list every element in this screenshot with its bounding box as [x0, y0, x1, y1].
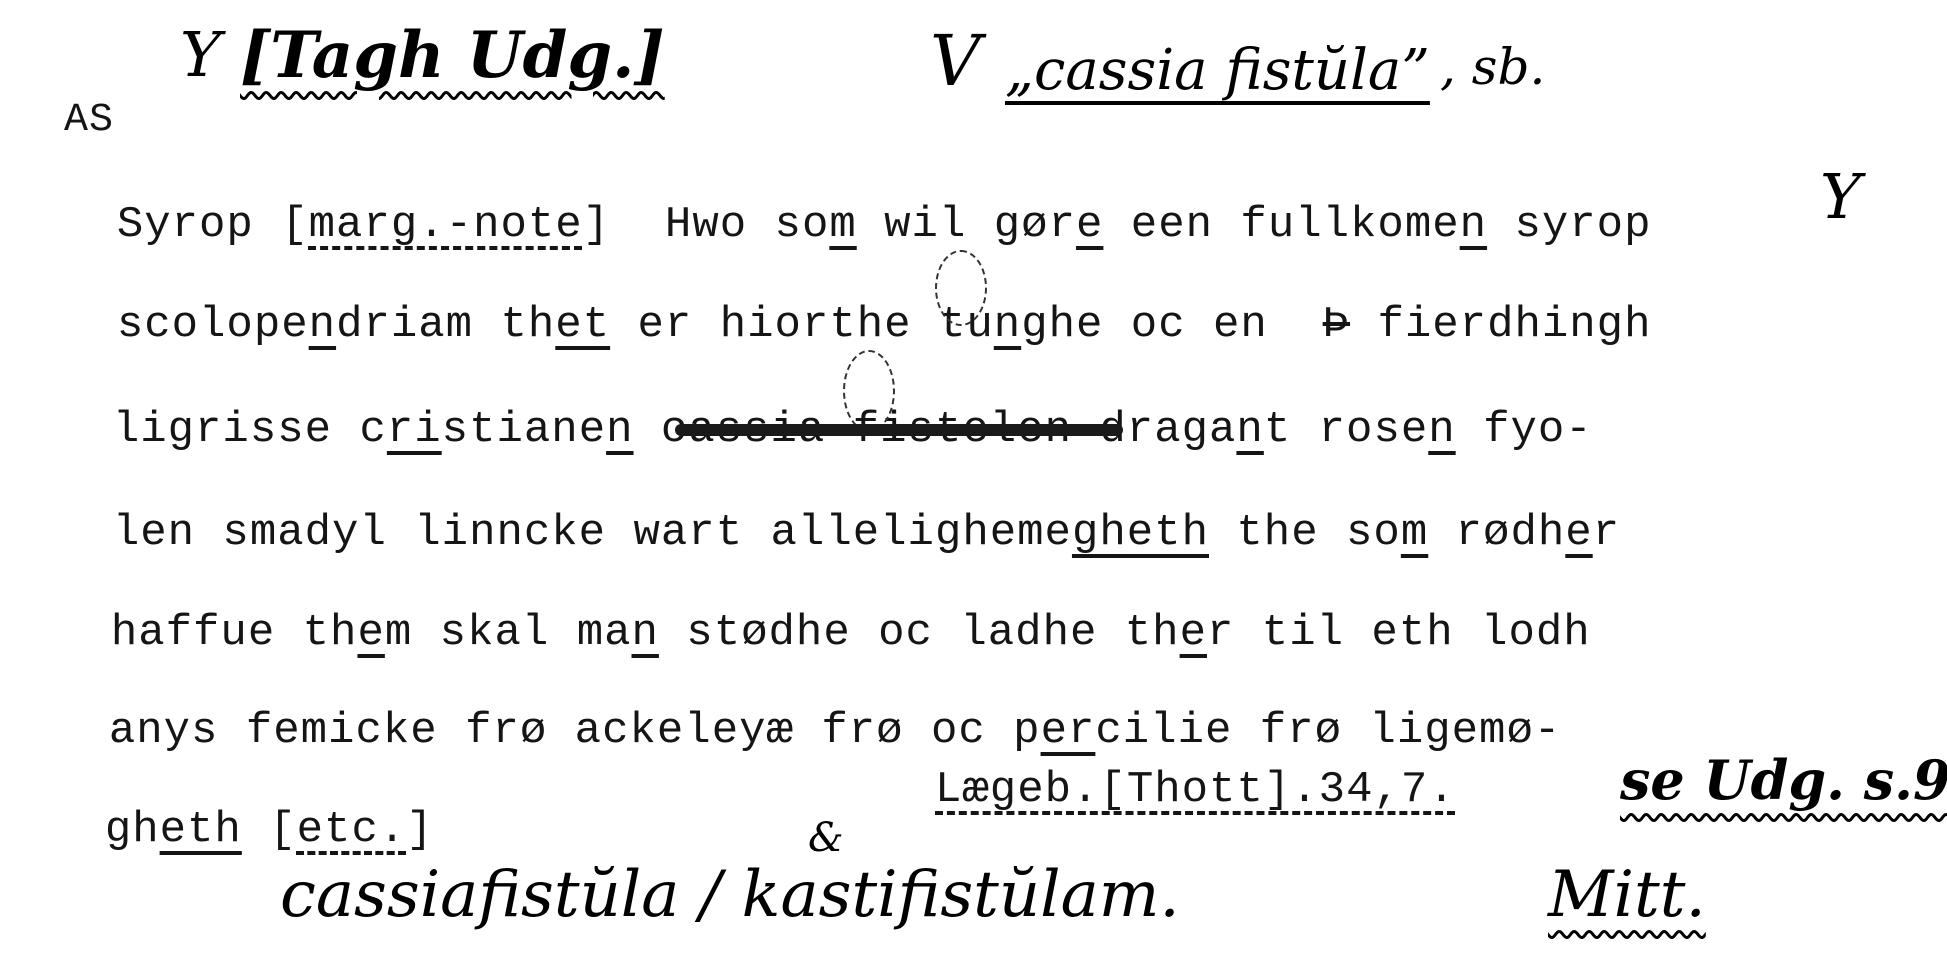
editorial-circle-mark [935, 250, 987, 326]
text-line-4: len smadyl linncke wart allelighemegheth… [58, 458, 1620, 558]
handwritten-mark-y: Y [180, 18, 221, 91]
text-line-7: gheth [etc.] [50, 755, 434, 855]
handwritten-ampersand: & [808, 815, 844, 861]
text-line-2: scolopendriam thet er hiorthe tunghe oc … [62, 250, 1652, 350]
source-code: AS [64, 98, 114, 143]
source-reference: Lægeb.[Thott].34,7. [935, 765, 1456, 815]
text-line-5: haffue them skal man stødhe oc ladhe the… [56, 558, 1591, 658]
handwritten-header-suffix: , sb. [1440, 38, 1545, 96]
handwritten-check-mark: V [930, 20, 981, 102]
handwritten-bottom-forms: cassiafistŭla / kastifistŭlam. [280, 858, 1180, 932]
handwritten-header-left: [Tagh Udg.] [240, 18, 665, 93]
text-line-3: ligrisse cristianen cassia fistelen drag… [58, 355, 1593, 455]
handwritten-header-right: „cassia fistŭla” [1005, 38, 1430, 103]
handwritten-note-see-edition: se Udg. s.90 [1620, 748, 1947, 812]
editorial-circle-mark [843, 350, 895, 432]
text-line-1: Syrop [marg.-note] Hwo som wil gøre een … [62, 150, 1652, 250]
handwritten-signature: Mitt. [1548, 858, 1706, 932]
handwritten-mark-y-right: Y [1820, 160, 1861, 233]
heavy-underline-cassia-fistelen [675, 424, 1123, 436]
text-line-6: anys femicke frø ackeleyæ frø oc percili… [54, 656, 1561, 756]
